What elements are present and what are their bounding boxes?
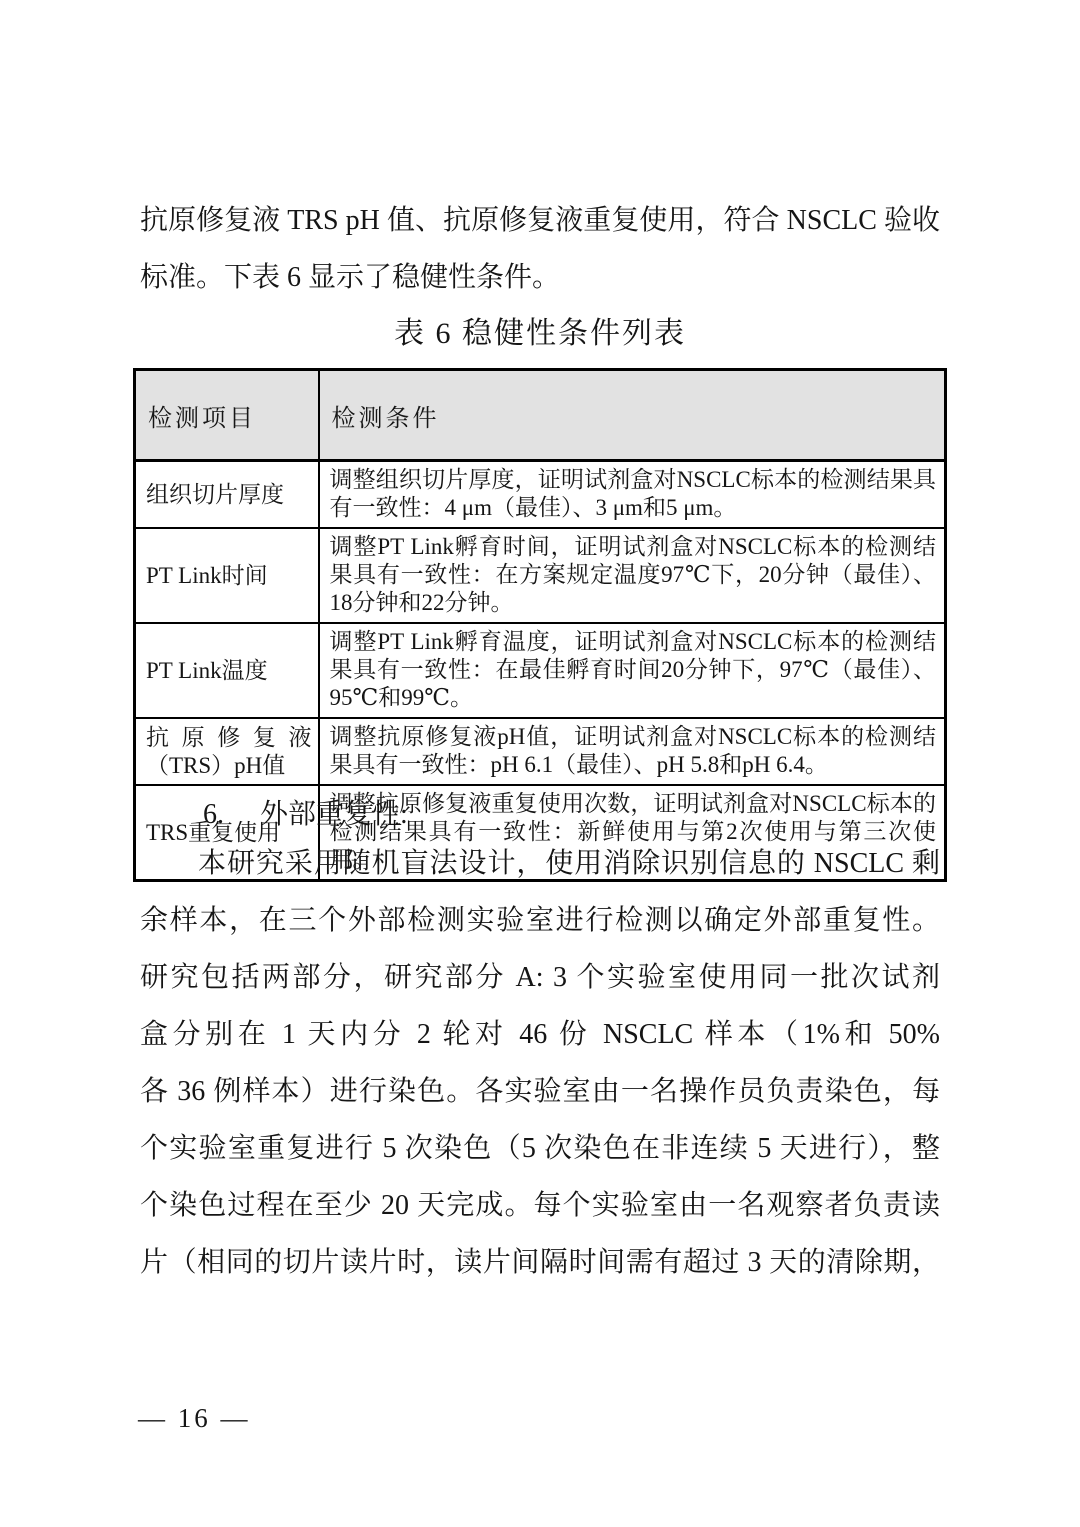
paragraph-line: 盒分别在 1 天内分 2 轮对 46 份 NSCLC 样本（1%和 50%的临界… [140, 1006, 940, 1063]
test-condition-cell: 调整PT Link孵育时间，证明试剂盒对NSCLC标本的检测结果具有一致性：在方… [319, 528, 946, 623]
paragraph-line: 片（相同的切片读片时，读片间隔时间需有超过 3 天的清除期， [140, 1234, 940, 1291]
table-row: PT Link时间调整PT Link孵育时间，证明试剂盒对NSCLC标本的检测结… [135, 528, 946, 623]
paragraph-external-reproducibility: 本研究采用随机盲法设计，使用消除识别信息的 NSCLC 剩余样本，在三个外部检测… [140, 835, 940, 1291]
paragraph-line: 标准。下表 6 显示了稳健性条件。 [140, 249, 940, 306]
section-title: 外部重复性: [260, 799, 408, 830]
paragraph-line: 本研究采用随机盲法设计，使用消除识别信息的 NSCLC 剩 [140, 835, 940, 892]
header-cell-item: 检测项目 [135, 370, 319, 461]
test-item-cell: 抗原修复液（TRS）pH值 [135, 718, 319, 785]
paragraph-line: 各 36 例样本）进行染色。各实验室由一名操作员负责染色，每 [140, 1063, 940, 1120]
table-title: 表 6 稳健性条件列表 [133, 314, 947, 354]
test-item-cell: 组织切片厚度 [135, 461, 319, 529]
test-condition-cell: 调整抗原修复液pH值，证明试剂盒对NSCLC标本的检测结果具有一致性：pH 6.… [319, 718, 946, 785]
table-header: 检测项目 检测条件 [135, 370, 946, 461]
test-condition-cell: 调整PT Link孵育温度，证明试剂盒对NSCLC标本的检测结果具有一致性：在最… [319, 623, 946, 718]
header-cell-condition: 检测条件 [319, 370, 946, 461]
paragraph-line: 抗原修复液 TRS pH 值、抗原修复液重复使用，符合 NSCLC 验收 [140, 192, 940, 249]
document-page: 抗原修复液 TRS pH 值、抗原修复液重复使用，符合 NSCLC 验收标准。下… [0, 0, 1080, 1527]
test-item-cell: PT Link温度 [135, 623, 319, 718]
table-row: PT Link温度调整PT Link孵育温度，证明试剂盒对NSCLC标本的检测结… [135, 623, 946, 718]
paragraph-line: 个实验室重复进行 5 次染色（5 次染色在非连续 5 天进行），整 [140, 1120, 940, 1177]
section-number: 6. [203, 799, 224, 830]
test-item-cell: PT Link时间 [135, 528, 319, 623]
page-number: — 16 — [138, 1398, 251, 1438]
table-row: 抗原修复液（TRS）pH值调整抗原修复液pH值，证明试剂盒对NSCLC标本的检测… [135, 718, 946, 785]
table-row: 组织切片厚度调整组织切片厚度，证明试剂盒对NSCLC标本的检测结果具有一致性：4… [135, 461, 946, 529]
paragraph-intro: 抗原修复液 TRS pH 值、抗原修复液重复使用，符合 NSCLC 验收标准。下… [140, 192, 940, 306]
test-condition-cell: 调整组织切片厚度，证明试剂盒对NSCLC标本的检测结果具有一致性：4 μm（最佳… [319, 461, 946, 529]
paragraph-line: 余样本，在三个外部检测实验室进行检测以确定外部重复性。 [140, 892, 940, 949]
paragraph-line: 研究包括两部分，研究部分 A: 3 个实验室使用同一批次试剂 [140, 949, 940, 1006]
paragraph-line: 个染色过程在至少 20 天完成。每个实验室由一名观察者负责读 [140, 1177, 940, 1234]
